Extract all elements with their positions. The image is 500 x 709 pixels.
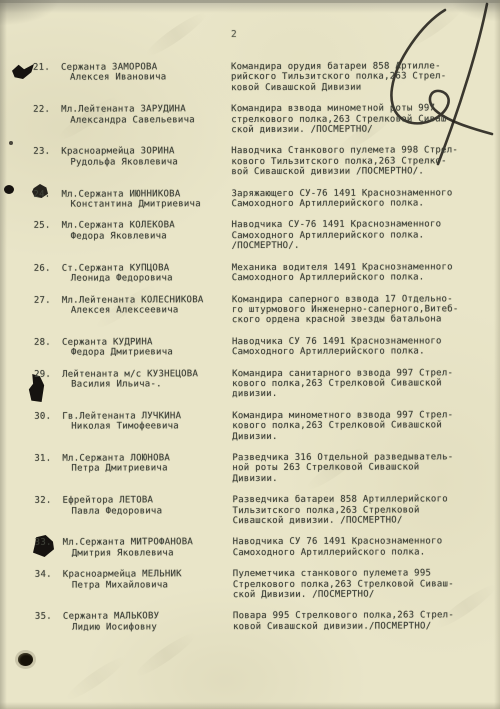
- entry-number: 31.: [34, 454, 62, 465]
- entry-description: Наводчика СУ-76 1491 Краснознаменного Са…: [232, 220, 496, 252]
- entry-given-names: Алексея Алексеевича: [71, 305, 232, 316]
- entry-number: 23.: [33, 147, 61, 158]
- entry-rank-surname: Сержанта МАЛЬКОВУ: [63, 612, 233, 623]
- entry-rank-surname: Красноармейца ЗОРИНА: [61, 147, 231, 158]
- entry-given-names: Алексея Ивановича: [70, 73, 231, 84]
- entry-name: Ст.Сержанта КУПЦОВА Леонида Федоровича: [62, 263, 232, 284]
- entry-number: 34.: [35, 570, 63, 581]
- award-entry-row: 26. Ст.Сержанта КУПЦОВА Леонида Федорови…: [34, 262, 496, 284]
- award-entry-row: 29. Лейтенанта м/с КУЗНЕЦОВА Василия Иль…: [34, 368, 496, 401]
- entry-name: Сержанта МАЛЬКОВУ Лидию Иосифовну: [63, 612, 233, 633]
- entry-rank-surname: Мл.Лейтенанта КОЛЕСНИКОВА: [62, 295, 232, 306]
- page-corner-topleft: [0, 0, 60, 26]
- award-entry-row: 32. Ефрейтора ЛЕТОВА Павла Федоровича Ра…: [34, 494, 496, 527]
- award-entry-row: 21. Сержанта ЗАМОРОВА Алексея Ивановича …: [33, 61, 495, 94]
- entry-description: Наводчика Станкового пулемета 998 Стрел-…: [231, 146, 495, 178]
- page-number: 2: [231, 30, 237, 40]
- entry-given-names: Петра Дмитриевича: [71, 463, 232, 474]
- entry-rank-surname: Красноармейца МЕЛЬНИК: [63, 569, 233, 580]
- entry-given-names: Лидию Иосифовну: [72, 622, 233, 633]
- award-entry-row: 27. Мл.Лейтенанта КОЛЕСНИКОВА Алексея Ал…: [34, 294, 496, 327]
- entry-description: Наводчика СУ 76 1491 Краснознаменного Са…: [233, 537, 497, 559]
- entry-name: Мл.Сержанта МИТРОФАНОВА Дмитрия Яковлеви…: [63, 538, 233, 559]
- entry-description: Разведчика 316 Отдельной разведыватель- …: [232, 452, 496, 484]
- entry-description: Командира минометного взвода 997 Стрел- …: [232, 410, 496, 442]
- entry-given-names: Николая Тимофеевича: [71, 421, 232, 432]
- entry-name: Сержанта КУДРИНА Федора Дмитриевича: [62, 337, 232, 358]
- entry-name: Мл.Лейтенанта КОЛЕСНИКОВА Алексея Алексе…: [62, 295, 232, 316]
- entry-number: 22.: [33, 105, 61, 116]
- entry-number: 33.: [35, 538, 63, 549]
- award-entry-row: 33. Мл.Сержанта МИТРОФАНОВА Дмитрия Яков…: [35, 537, 497, 559]
- entry-name: Сержанта ЗАМОРОВА Алексея Ивановича: [61, 62, 231, 83]
- page-edge-left: [0, 0, 7, 709]
- entry-name: Мл.Лейтенанта ЗАРУДИНА Александра Савель…: [61, 104, 231, 125]
- entry-description: Повара 995 Стрелкового полка,263 Стрел- …: [233, 611, 497, 633]
- entry-rank-surname: Гв.Лейтенанта ЛУЧКИНА: [62, 411, 232, 422]
- entry-number: 29.: [34, 369, 62, 380]
- entry-description: Заряжающего СУ-76 1491 Краснознаменного …: [231, 188, 495, 210]
- entry-description: Командира саперного взвода 17 Отдельно- …: [232, 294, 496, 326]
- entry-number: 21.: [33, 63, 61, 74]
- entry-rank-surname: Мл.Сержанта КОЛЕКОВА: [62, 221, 232, 232]
- award-entry-row: 23. Красноармейца ЗОРИНА Рудольфа Яковле…: [33, 146, 495, 179]
- entry-number: 27.: [34, 295, 62, 306]
- award-entry-row: 31. Мл.Сержанта ЛОЮНОВА Петра Дмитриевич…: [34, 452, 496, 485]
- entry-name: Красноармейца МЕЛЬНИК Петра Михайловича: [63, 569, 233, 590]
- punch-hole: [18, 653, 33, 666]
- award-entry-row: 35. Сержанта МАЛЬКОВУ Лидию Иосифовну По…: [35, 611, 497, 633]
- entry-description: Наводчика СУ 76 1491 Краснознаменного Са…: [232, 336, 496, 358]
- entry-given-names: Василия Ильича-.: [71, 379, 232, 390]
- award-entry-row: 24. Мл.Сержанта ИЮННИКОВА Константина Дм…: [33, 188, 495, 210]
- entry-description: Механика водителя 1491 Краснознаменного …: [232, 262, 496, 284]
- entry-rank-surname: Мл.Сержанта МИТРОФАНОВА: [63, 538, 233, 549]
- entry-given-names: Дмитрия Яковлевича: [72, 548, 233, 559]
- entry-name: Красноармейца ЗОРИНА Рудольфа Яковлевича: [61, 147, 231, 168]
- page-edge-bottom: [0, 702, 500, 709]
- paper-stain: [143, 9, 209, 61]
- award-entry-row: 22. Мл.Лейтенанта ЗАРУДИНА Александра Са…: [33, 103, 495, 136]
- entry-number: 32.: [34, 496, 62, 507]
- document-page: 2 21. Сержанта ЗАМОРОВА Алексея Иванович…: [0, 0, 500, 709]
- award-entries-list: 21. Сержанта ЗАМОРОВА Алексея Ивановича …: [33, 61, 497, 644]
- entry-rank-surname: Мл.Лейтенанта ЗАРУДИНА: [61, 104, 231, 115]
- entry-rank-surname: Ст.Сержанта КУПЦОВА: [62, 263, 232, 274]
- award-entry-row: 28. Сержанта КУДРИНА Федора Дмитриевича …: [34, 336, 496, 358]
- paper-stain: [63, 653, 129, 705]
- entry-description: Командира орудия батареи 858 Артилле- ри…: [231, 61, 495, 93]
- entry-rank-surname: Лейтенанта м/с КУЗНЕЦОВА: [62, 369, 232, 380]
- entry-description: Разведчика батареи 858 Артиллерийского Т…: [232, 494, 496, 526]
- ink-speck: [4, 185, 14, 194]
- entry-description: Пулеметчика станкового пулемета 995 Стре…: [233, 568, 497, 600]
- ink-blot: [12, 64, 34, 79]
- entry-rank-surname: Ефрейтора ЛЕТОВА: [62, 495, 232, 506]
- entry-description: Командира взвода минометной роты 997 стр…: [231, 103, 495, 135]
- ink-speck: [9, 141, 13, 145]
- entry-given-names: Константина Дмитриевича: [70, 199, 231, 210]
- entry-rank-surname: Сержанта КУДРИНА: [62, 337, 232, 348]
- entry-name: Мл.Сержанта ИЮННИКОВА Константина Дмитри…: [61, 189, 231, 210]
- entry-number: 35.: [35, 612, 63, 623]
- entry-given-names: Федора Яковлевича: [71, 231, 232, 242]
- entry-number: 26.: [34, 263, 62, 274]
- entry-name: Мл.Сержанта ЛОЮНОВА Петра Дмитриевича: [62, 453, 232, 474]
- entry-description: Командира санитарного взвода 997 Стрел- …: [232, 368, 496, 400]
- entry-given-names: Петра Михайловича: [72, 580, 233, 591]
- entry-name: Лейтенанта м/с КУЗНЕЦОВА Василия Ильича-…: [62, 369, 232, 390]
- entry-given-names: Федора Дмитриевича: [71, 347, 232, 358]
- entry-number: 25.: [34, 221, 62, 232]
- entry-given-names: Александра Савельевича: [70, 115, 231, 126]
- entry-number: 24.: [33, 189, 61, 200]
- entry-name: Гв.Лейтенанта ЛУЧКИНА Николая Тимофеевич…: [62, 411, 232, 432]
- award-entry-row: 25. Мл.Сержанта КОЛЕКОВА Федора Яковлеви…: [34, 220, 496, 253]
- award-entry-row: 30. Гв.Лейтенанта ЛУЧКИНА Николая Тимофе…: [34, 410, 496, 443]
- entry-given-names: Павла Федоровича: [72, 506, 233, 517]
- entry-name: Мл.Сержанта КОЛЕКОВА Федора Яковлевича: [62, 221, 232, 242]
- entry-rank-surname: Мл.Сержанта ИЮННИКОВА: [61, 189, 231, 200]
- entry-number: 30.: [34, 411, 62, 422]
- entry-given-names: Леонида Федоровича: [71, 273, 232, 284]
- award-entry-row: 34. Красноармейца МЕЛЬНИК Петра Михайлов…: [35, 568, 497, 601]
- entry-given-names: Рудольфа Яковлевича: [70, 157, 231, 168]
- entry-number: 28.: [34, 337, 62, 348]
- entry-name: Ефрейтора ЛЕТОВА Павла Федоровича: [62, 495, 232, 516]
